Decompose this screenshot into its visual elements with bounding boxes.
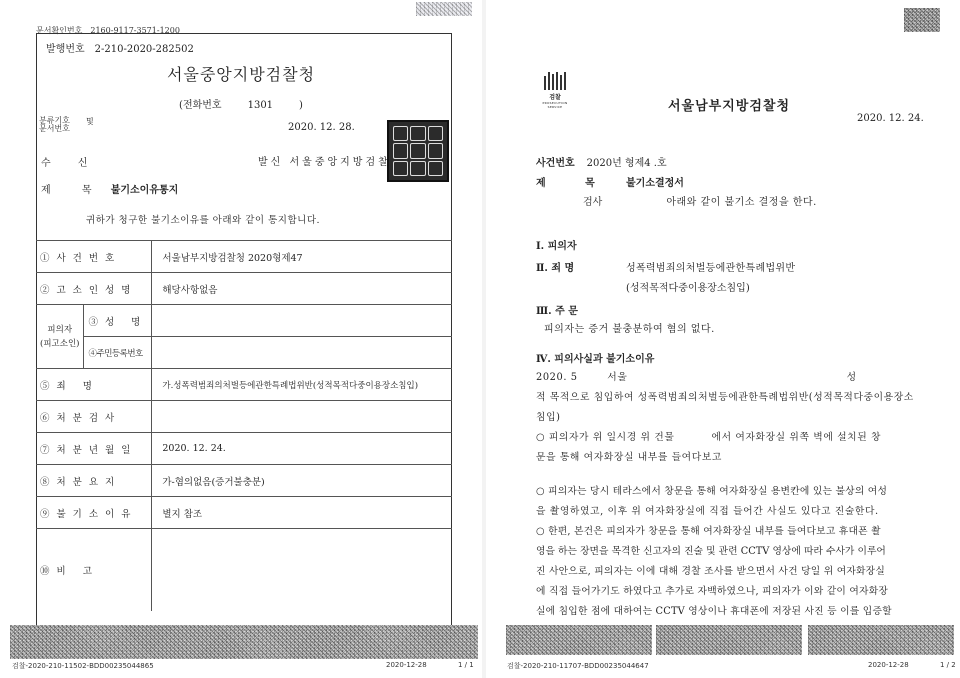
- section-facts: Ⅳ. 피의사실과 불기소이유: [536, 350, 654, 365]
- section-suspect: Ⅰ. 피의자: [536, 237, 577, 252]
- phone-value: 1301: [248, 100, 273, 111]
- decision-intro-text: 아래와 같이 불기소 결정을 한다.: [666, 197, 816, 208]
- body-line: ○ 한편, 본건은 피의자가 창문을 통해 여자화장실 내부를 들여다보고 휴대…: [536, 523, 931, 537]
- footer-page: 1 / 1: [458, 661, 474, 669]
- security-pattern: [808, 625, 954, 655]
- body-line: ○ 피의자는 당시 테라스에서 창문을 통해 여자화장실 용변칸에 있는 불상의…: [536, 483, 931, 497]
- body-line: 실에 침입한 점에 대하여는 CCTV 영상이나 휴대폰에 저장된 사진 등 이…: [536, 603, 931, 617]
- seal-stamp-icon: [387, 120, 449, 182]
- body-line: 진 사안으로, 피의자는 이에 대해 경찰 조사를 받으면서 사건 당일 위 여…: [536, 563, 931, 577]
- decision-date: 2020. 12. 24.: [857, 113, 924, 124]
- table-row: ⑥처분검사: [36, 401, 452, 433]
- logo-text: 검찰: [540, 92, 570, 101]
- section-charge-label: Ⅱ. 죄 명: [536, 259, 574, 274]
- row-label: ④주민등록번호: [84, 337, 152, 369]
- recipient-label: 수 신: [41, 154, 100, 169]
- footer-doc-id: 검찰-2020-210-11502-BDD00235044865: [12, 661, 154, 671]
- phone-number: (전화번호1301): [0, 96, 482, 111]
- agency-title: 서울중앙지방검찰청: [0, 62, 482, 85]
- footer-date: 2020-12-28: [386, 661, 427, 669]
- table-row: ⑨불기소이유 별지 참조: [36, 497, 452, 529]
- notice-table: ①사건번호 서울남부지방검찰청 2020형제47 ②고소인성명 해당사항없음 피…: [36, 240, 452, 611]
- table-row: ⑤죄 명 가.성폭력범죄의처벌등에관한특례법위반(성적목적다중이용장소침입): [36, 369, 452, 401]
- prosecutor-label: 검사: [583, 197, 602, 208]
- footer-date: 2020-12-28: [868, 661, 909, 669]
- barcode-strip: [416, 2, 472, 16]
- case-number-row: 사건번호2020년 형제4 .호: [536, 154, 667, 169]
- body-line: 영을 하는 장면을 목격한 신고자의 진술 및 관련 CCTV 영상에 따라 수…: [536, 543, 931, 557]
- phone-label: (전화번호: [179, 100, 222, 111]
- table-row: ⑧처분요지 가-혐의없음(증거불충분): [36, 465, 452, 497]
- subject-row: 제 목 불기소결정서: [536, 174, 684, 189]
- body-line: ○ 피의자가 위 일시경 위 건물 에서 여자화장실 위쪽 벽에 설치된 창: [536, 429, 931, 443]
- table-row: ①사건번호 서울남부지방검찰청 2020형제47: [36, 241, 452, 273]
- issue-number: 발행번호2-210-2020-282502: [46, 40, 204, 55]
- logo-subtext: PROSECUTION SERVICE: [540, 101, 570, 109]
- row-value: [152, 529, 452, 612]
- row-value: 2020. 12. 24.: [152, 433, 452, 465]
- decision-intro: 검사아래와 같이 불기소 결정을 한다.: [583, 193, 817, 208]
- subject-value: 불기소결정서: [626, 178, 684, 189]
- notice-page: 문서확인번호2160-9117-3571-1200 발행번호2-210-2020…: [0, 0, 482, 678]
- agency-title: 서울남부지방검찰청: [668, 95, 790, 114]
- subject-row: 제 목 불기소이유통지: [41, 181, 178, 196]
- issue-number-label: 발행번호: [46, 44, 85, 55]
- row-value: 별지 참조: [152, 497, 452, 529]
- page-divider: [482, 0, 486, 678]
- table-row: 피의자 (피고소인) ③성 명: [36, 305, 452, 337]
- table-row: ⑩비 고: [36, 529, 452, 612]
- subject-value: 불기소이유통지: [111, 185, 179, 196]
- row-label: ⑥처분검사: [36, 401, 152, 433]
- footer-doc-id: 검찰-2020-210-11707-BDD00235044647: [507, 661, 649, 671]
- qr-code-icon: [904, 8, 940, 32]
- row-label: ②고소인성명: [36, 273, 152, 305]
- row-value: 해당사항없음: [152, 273, 452, 305]
- section-order-text: 피의자는 증거 불충분하여 혐의 없다.: [544, 320, 715, 335]
- sender: 발신 서울중앙지방검찰청: [258, 153, 403, 168]
- logo-bars-icon: [540, 72, 570, 90]
- section-charge-value-2: (성적목적다중이용장소침입): [626, 279, 750, 294]
- row-value: [152, 401, 452, 433]
- subject-label: 제 목: [41, 185, 106, 196]
- row-label: ⑤죄 명: [36, 369, 152, 401]
- case-number-label: 사건번호: [536, 158, 575, 169]
- section-charge-value: 성폭력범죄의처벌등에관한특례법위반: [626, 259, 795, 274]
- body-line: 을 촬영하였고, 이후 위 여자화장실에 직접 들어간 사실도 있다고 진술한다…: [536, 503, 931, 517]
- prosecution-logo: 검찰 PROSECUTION SERVICE: [540, 72, 570, 109]
- row-label: ⑧처분요지: [36, 465, 152, 497]
- body-line: 침입): [536, 409, 931, 423]
- row-value: 서울남부지방검찰청 2020형제47: [152, 241, 452, 273]
- body-line: 문을 통해 여자화장실 내부를 들여다보고: [536, 449, 931, 463]
- intro-text: 귀하가 청구한 불기소이유를 아래와 같이 통지합니다.: [86, 212, 320, 226]
- row-label: ⑨불기소이유: [36, 497, 152, 529]
- classification-label: 분류기호 문서번호: [39, 117, 70, 133]
- row-label: ①사건번호: [36, 241, 152, 273]
- subject-label: 제 목: [536, 178, 613, 189]
- table-row: ④주민등록번호: [36, 337, 452, 369]
- suspect-group-label: 피의자 (피고소인): [36, 305, 84, 369]
- security-pattern: [656, 625, 802, 655]
- section-order: Ⅲ. 주 문: [536, 302, 578, 317]
- footer-page: 1 / 2: [940, 661, 956, 669]
- body-line: 2020. 5 서울 성: [536, 369, 931, 383]
- row-value: [152, 337, 452, 369]
- security-pattern: [10, 625, 478, 659]
- row-value: 가-혐의없음(증거불충분): [152, 465, 452, 497]
- issue-number-value: 2-210-2020-282502: [95, 44, 194, 55]
- case-number-value: 2020년 형제4 .호: [587, 158, 667, 169]
- phone-close: ): [299, 100, 303, 111]
- row-value: [152, 305, 452, 337]
- security-pattern: [506, 625, 652, 655]
- row-label: ⑦처분년월일: [36, 433, 152, 465]
- body-line: 적 목적으로 침입하여 성폭력범죄의처벌등에관한특례법위반(성적목적다중이용장소: [536, 389, 931, 403]
- row-label: ③성 명: [84, 305, 152, 337]
- row-value: 가.성폭력범죄의처벌등에관한특례법위반(성적목적다중이용장소침입): [152, 369, 452, 401]
- table-row: ②고소인성명 해당사항없음: [36, 273, 452, 305]
- row-label: ⑩비 고: [36, 529, 152, 612]
- classification-and: 및: [86, 116, 94, 127]
- body-line: 에 직접 들어가기도 하였다고 추가로 자백하였으나, 피의자가 이와 같이 여…: [536, 583, 931, 597]
- notice-date: 2020. 12. 28.: [288, 122, 355, 133]
- table-row: ⑦처분년월일 2020. 12. 24.: [36, 433, 452, 465]
